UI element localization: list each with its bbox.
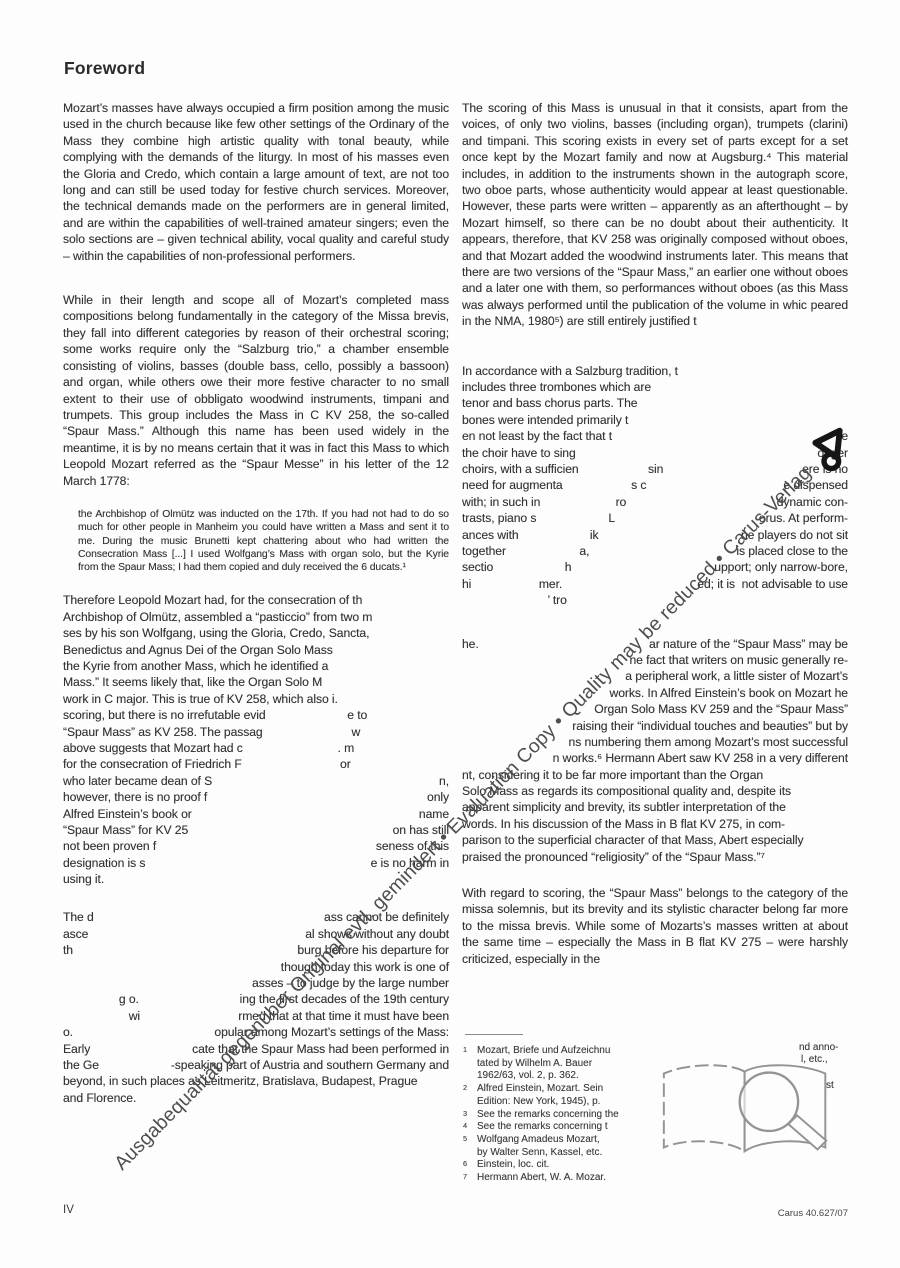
text-line: Alfred Einstein’s book orname	[63, 806, 449, 822]
line-fragment: and Florence.	[63, 1090, 136, 1106]
footnote-line: by Walter Senn, Kassel, etc.	[477, 1147, 659, 1160]
footnote-text: Hermann Abert, W. A. Mozar.	[477, 1172, 659, 1185]
paragraph: While in their length and scope all of M…	[63, 292, 449, 489]
line-fragment: o.	[63, 1024, 73, 1040]
line-fragment: Alfred Einstein’s book or	[63, 806, 192, 822]
footnote: 6Einstein, loc. cit.	[463, 1159, 659, 1172]
line-fragment: wi	[63, 1008, 140, 1024]
paragraph: With regard to scoring, the “Spaur Mass”…	[462, 885, 848, 967]
text-line: tenor and bass chorus parts. The	[462, 395, 848, 411]
paragraph: The scoring of this Mass is unusual in t…	[462, 100, 848, 330]
footnote-number: 1	[463, 1044, 477, 1082]
text-line: asceal shows without any doubt	[63, 926, 449, 942]
text-line: thburg before his departure for	[63, 942, 449, 958]
line-fragment: en not least by the fact that t	[462, 428, 612, 444]
line-fragment: n works.⁶ Hermann Abert saw KV 258 in a …	[553, 750, 848, 766]
text-line: the Kyrie from another Mass, which he id…	[63, 658, 449, 674]
line-fragment: with; in such in	[462, 494, 540, 510]
line-fragment: above suggests that Mozart had c	[63, 740, 243, 756]
line-fragment: work in C major. This is true of KV 258,…	[63, 691, 338, 707]
line-fragment: raising their “individual touches and be…	[572, 718, 848, 734]
line-fragment: ne fact that writers on music generally …	[629, 652, 848, 668]
line-fragment: need for augmenta	[462, 477, 563, 493]
line-fragment: not been proven f	[63, 838, 156, 854]
text-line: apparent simplicity and brevity, its sub…	[462, 799, 848, 815]
line-fragment: asce	[63, 926, 88, 942]
line-fragment: w	[351, 724, 360, 740]
line-fragment: hi	[462, 576, 471, 592]
footnote-text: Mozart, Briefe und Aufzeichnutated by Wi…	[477, 1045, 659, 1083]
text-line: In accordance with a Salzburg tradition,…	[462, 363, 848, 379]
line-fragment: praised the pronounced “religiosity” of …	[462, 849, 765, 865]
line-fragment: ro	[616, 494, 627, 510]
footnote-line: Alfred Einstein, Mozart. Sein	[477, 1083, 659, 1096]
footnote-line: Einstein, loc. cit.	[477, 1159, 659, 1172]
footnote-line: Edition: New York, 1945), p.	[477, 1096, 659, 1109]
line-fragment: Therefore Leopold Mozart had, for the co…	[63, 592, 362, 608]
text-line: not been proven fseness of this	[63, 838, 449, 854]
footnote-text: Alfred Einstein, Mozart. SeinEdition: Ne…	[477, 1083, 659, 1108]
footnote: 4See the remarks concerning t	[463, 1121, 659, 1134]
page-number: IV	[63, 1204, 74, 1216]
page-title: Foreword	[64, 58, 145, 79]
footnote-number: 4	[463, 1120, 477, 1133]
line-fragment: a,	[579, 543, 589, 559]
line-fragment: Early	[63, 1041, 90, 1057]
right-column: The scoring of this Mass is unusual in t…	[462, 100, 848, 967]
footnote: 5Wolfgang Amadeus Mozart,by Walter Senn,…	[463, 1134, 659, 1159]
text-line: however, there is no proof fonly	[63, 789, 449, 805]
line-fragment: “Spaur Mass” as KV 258. The passag	[63, 724, 263, 740]
line-fragment: e to	[347, 707, 367, 723]
text-line: en not least by the fact that tre	[462, 428, 848, 444]
footnote-text: Einstein, loc. cit.	[477, 1159, 659, 1172]
text-line: Organ Solo Mass KV 259 and the “Spaur Ma…	[462, 701, 848, 717]
text-line: ne fact that writers on music generally …	[462, 652, 848, 668]
text-line: Mass.” It seems likely that, like the Or…	[63, 674, 449, 690]
line-fragment: . m	[338, 740, 355, 756]
left-column: Mozart’s masses have always occupied a f…	[63, 100, 449, 1106]
line-fragment: the Kyrie from another Mass, which he id…	[63, 658, 328, 674]
line-fragment: beyond, in such places as Leitmeritz, Br…	[63, 1073, 418, 1089]
footnote-text: See the remarks concerning t	[477, 1121, 659, 1134]
line-fragment: ses by his son Wolfgang, using the Glori…	[63, 625, 369, 641]
line-fragment: g o.	[63, 991, 139, 1007]
line-fragment: he.	[462, 636, 479, 652]
footnote: 2Alfred Einstein, Mozart. SeinEdition: N…	[463, 1083, 659, 1108]
text-line: Archbishop of Olmütz, assembled a “pasti…	[63, 609, 449, 625]
footnote-number: 5	[463, 1133, 477, 1158]
paragraph: Therefore Leopold Mozart had, for the co…	[63, 592, 449, 887]
footnote: 3See the remarks concerning the	[463, 1109, 659, 1122]
catalog-number: Carus 40.627/07	[778, 1208, 848, 1219]
footnote-number: 2	[463, 1082, 477, 1107]
text-line: himer.ed; it is not advisable to use	[462, 576, 848, 592]
text-line: scoring, but there is no irrefutable evi…	[63, 707, 449, 723]
scanned-page: Foreword Mozart’s masses have always occ…	[0, 0, 900, 1268]
line-fragment: sectio	[462, 559, 493, 575]
line-fragment: ik	[590, 527, 599, 543]
footnote-fragment: nd anno-	[799, 1042, 838, 1053]
text-line: though today this work is one of	[63, 959, 449, 975]
text-line: “Spaur Mass” as KV 258. The passagw	[63, 724, 449, 740]
footnote-line: See the remarks concerning the	[477, 1109, 659, 1122]
footnote-line: Hermann Abert, W. A. Mozar.	[477, 1172, 659, 1185]
footnote-line: Mozart, Briefe und Aufzeichnu	[477, 1045, 659, 1058]
line-fragment: h	[565, 559, 572, 575]
footnote-line: See the remarks concerning t	[477, 1121, 659, 1134]
footnote-number: 3	[463, 1108, 477, 1121]
line-fragment: or	[340, 756, 351, 772]
text-line: praised the pronounced “religiosity” of …	[462, 849, 848, 865]
footnote-rule	[465, 1034, 523, 1035]
line-fragment: using it.	[63, 871, 104, 887]
line-fragment: the Ge	[63, 1057, 99, 1073]
text-line: the Ge-speaking part of Austria and sout…	[63, 1057, 449, 1073]
text-line: and Florence.	[63, 1090, 449, 1106]
line-fragment: designation is s	[63, 855, 145, 871]
line-fragment: tenor and bass chorus parts. The	[462, 395, 637, 411]
line-fragment: trasts, piano s	[462, 510, 536, 526]
footnotes: 1Mozart, Briefe und Aufzeichnutated by W…	[463, 1045, 659, 1185]
line-fragment: sin	[648, 461, 663, 477]
line-fragment: the choir have to sing	[462, 445, 576, 461]
line-fragment: The d	[63, 909, 94, 925]
footnote-number: 6	[463, 1158, 477, 1171]
text-line: who later became dean of Sn,	[63, 773, 449, 789]
text-line: a peripheral work, a little sister of Mo…	[462, 668, 848, 684]
text-line: togethera,is placed close to the	[462, 543, 848, 559]
line-fragment: ’ tro	[462, 592, 567, 608]
footnote-text: See the remarks concerning the	[477, 1109, 659, 1122]
block-quote: the Archbishop of Olmütz was inducted on…	[78, 508, 449, 574]
line-fragment: who later became dean of S	[63, 773, 212, 789]
text-line: sectiohupport; only narrow-bore,	[462, 559, 848, 575]
line-fragment: however, there is no proof f	[63, 789, 207, 805]
text-line: work in C major. This is true of KV 258,…	[63, 691, 449, 707]
text-line: “Spaur Mass” for KV 25on has still	[63, 822, 449, 838]
text-line: includes three trombones which are	[462, 379, 848, 395]
line-fragment: words. In his discussion of the Mass in …	[462, 816, 785, 832]
text-line: asses – to judge by the large number	[63, 975, 449, 991]
footnote-line: tated by Wilhelm A. Bauer	[477, 1058, 659, 1071]
footnote-line: 1962/63, vol. 2, p. 362.	[477, 1070, 659, 1083]
line-fragment: s c	[631, 477, 646, 493]
line-fragment: includes three trombones which are	[462, 379, 651, 395]
line-fragment: ances with	[462, 527, 519, 543]
text-line: ses by his son Wolfgang, using the Glori…	[63, 625, 449, 641]
line-fragment: scoring, but there is no irrefutable evi…	[63, 707, 266, 723]
line-fragment: apparent simplicity and brevity, its sub…	[462, 799, 786, 815]
line-fragment: In accordance with a Salzburg tradition,…	[462, 363, 678, 379]
text-line: for the consecration of Friedrich For	[63, 756, 449, 772]
line-fragment: mer.	[539, 576, 562, 592]
text-line: beyond, in such places as Leitmeritz, Br…	[63, 1073, 449, 1089]
text-line: bones were intended primarily t	[462, 412, 848, 428]
line-fragment: a peripheral work, a little sister of Mo…	[625, 668, 848, 684]
footnote-line: Wolfgang Amadeus Mozart,	[477, 1134, 659, 1147]
text-line: words. In his discussion of the Mass in …	[462, 816, 848, 832]
text-line: Benedictus and Agnus Dei of the Organ So…	[63, 642, 449, 658]
footnote: 7Hermann Abert, W. A. Mozar.	[463, 1172, 659, 1185]
open-book-magnifier-icon	[650, 1058, 845, 1165]
line-fragment: for the consecration of Friedrich F	[63, 756, 242, 772]
line-fragment: Benedictus and Agnus Dei of the Organ So…	[63, 642, 333, 658]
line-fragment: parison to the superficial character of …	[462, 832, 804, 848]
text-line: Therefore Leopold Mozart had, for the co…	[63, 592, 449, 608]
line-fragment: n,	[439, 773, 449, 789]
line-fragment: choirs, with a sufficien	[462, 461, 579, 477]
line-fragment: ns numbering them among Mozart’s most su…	[569, 734, 848, 750]
line-fragment: bones were intended primarily t	[462, 412, 628, 428]
line-fragment: Organ Solo Mass KV 259 and the “Spaur Ma…	[594, 701, 848, 717]
text-line: parison to the superficial character of …	[462, 832, 848, 848]
footnote-text: Wolfgang Amadeus Mozart,by Walter Senn, …	[477, 1134, 659, 1159]
text-line: works. In Alfred Einstein’s book on Moza…	[462, 685, 848, 701]
line-fragment: together	[462, 543, 506, 559]
footnote-number: 7	[463, 1171, 477, 1184]
line-fragment: “Spaur Mass” for KV 25	[63, 822, 188, 838]
line-fragment: Archbishop of Olmütz, assembled a “pasti…	[63, 609, 372, 625]
line-fragment: L	[608, 510, 615, 526]
line-fragment: Mass.” It seems likely that, like the Or…	[63, 674, 322, 690]
line-fragment: th	[63, 942, 73, 958]
line-fragment: works. In Alfred Einstein’s book on Moza…	[610, 685, 848, 701]
line-fragment: only	[427, 789, 449, 805]
footnote: 1Mozart, Briefe und Aufzeichnutated by W…	[463, 1045, 659, 1083]
paragraph: Mozart’s masses have always occupied a f…	[63, 100, 449, 264]
text-line: above suggests that Mozart had c. m	[63, 740, 449, 756]
line-fragment: ar nature of the “Spaur Mass” may be	[649, 636, 848, 652]
text-line: ances withikne players do not sit	[462, 527, 848, 543]
